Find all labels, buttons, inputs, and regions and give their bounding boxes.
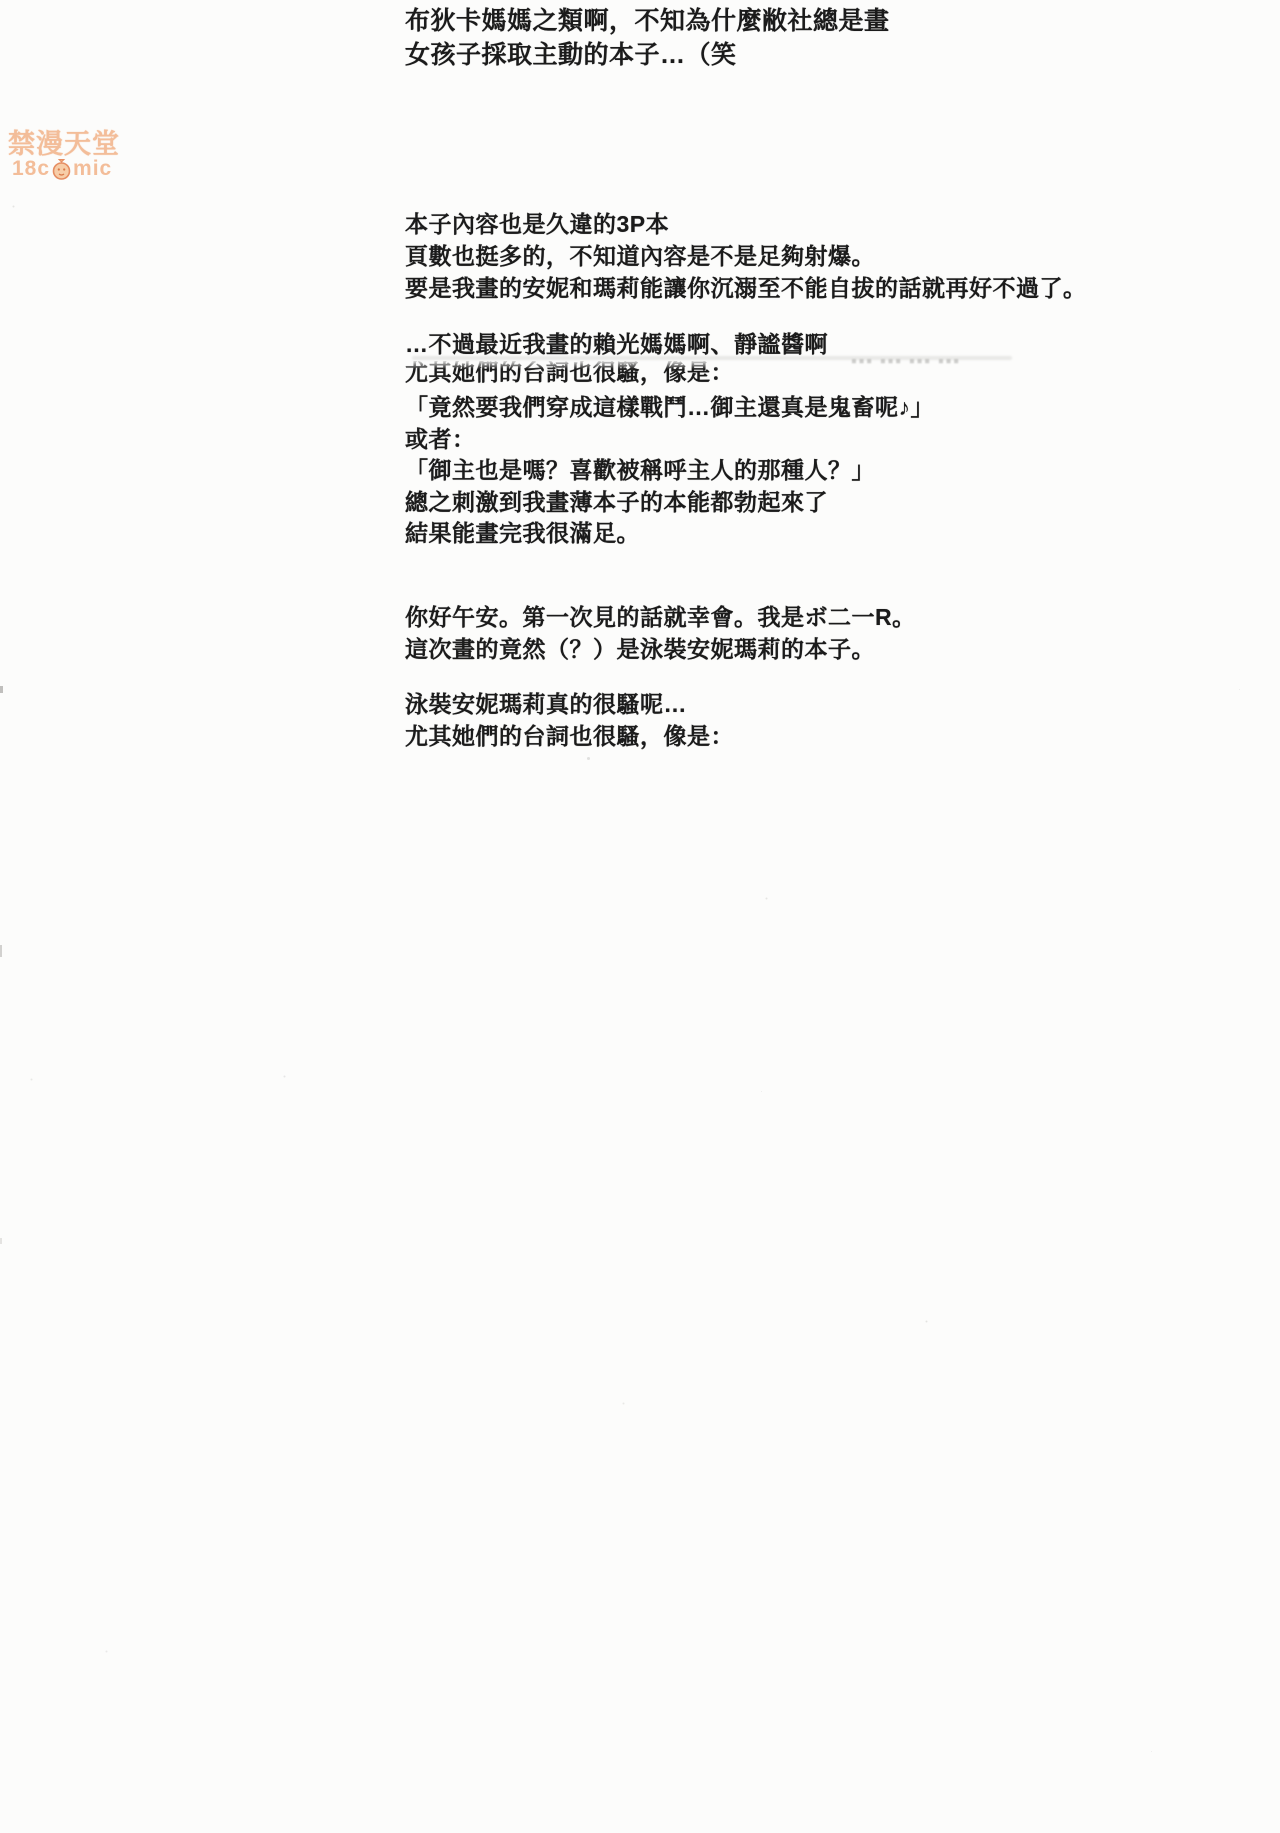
afterword-line: 泳裝安妮瑪莉真的很騷呢…: [405, 688, 734, 720]
ghost-text-fragment: ⋯⋯⋯⋯: [850, 352, 1086, 370]
afterword-line: 本子內容也是久違的3P本: [405, 208, 1087, 240]
afterword-line: 布狄卡媽媽之類啊，不知為什麼敝社總是畫: [405, 4, 890, 38]
scan-noise-specks: [587, 757, 590, 760]
watermark-subtext: 18c mic: [12, 157, 128, 181]
afterword-block-content: 本子內容也是久違的3P本 頁數也挺多的，不知道內容是不是足夠射爆。 要是我畫的安…: [405, 208, 1087, 304]
afterword-line: 或者：: [405, 424, 934, 456]
afterword-block-greeting: 你好午安。第一次見的話就幸會。我是ボ二一R。 這次畫的竟然（？）是泳裝安妮瑪莉的…: [405, 601, 916, 665]
watermark-subtext-suffix: mic: [73, 157, 112, 181]
paper-edge-mark: [0, 686, 3, 693]
afterword-line: 頁數也挺多的，不知道內容是不是足夠射爆。: [405, 240, 1087, 272]
afterword-line: 你好午安。第一次見的話就幸會。我是ボ二一R。: [405, 601, 916, 633]
afterword-block-top: 布狄卡媽媽之類啊，不知為什麼敝社總是畫 女孩子採取主動的本子…（笑: [405, 4, 890, 72]
afterword-line: 結果能畫完我很滿足。: [405, 518, 934, 550]
paper-edge-mark: [0, 945, 2, 957]
afterword-line: 女孩子採取主動的本子…（笑: [405, 38, 890, 72]
scanned-afterword-page: 禁漫天堂 18c mic 布狄卡媽媽之類啊，不知為什麼敝社總是畫 女孩子採取主動…: [0, 0, 1280, 1833]
afterword-block-bottom: 泳裝安妮瑪莉真的很騷呢… 尤其她們的台詞也很騷，像是：: [405, 688, 734, 752]
watermark-brand-text: 禁漫天堂: [8, 129, 128, 159]
afterword-line: 總之刺激到我畫薄本子的本能都勃起來了: [405, 487, 934, 519]
afterword-line-cut-bottom: 尤其她們的台詞也很騷，像是：: [405, 720, 734, 752]
watermark-subtext-prefix: 18c: [12, 157, 50, 181]
afterword-line: 要是我畫的安妮和瑪莉能讓你沉溺至不能自拔的話就再好不過了。: [405, 272, 1087, 304]
paper-edge-mark: [0, 1238, 2, 1244]
afterword-line: 這次畫的竟然（？）是泳裝安妮瑪莉的本子。: [405, 633, 916, 665]
afterword-line: 「御主也是嗎？喜歡被稱呼主人的那種人？」: [405, 455, 934, 487]
pufferfish-icon: [51, 158, 72, 181]
watermark-18comic: 禁漫天堂 18c mic: [8, 129, 128, 181]
afterword-line: 「竟然要我們穿成這樣戰鬥…御主還真是鬼畜呢♪」: [405, 392, 934, 424]
